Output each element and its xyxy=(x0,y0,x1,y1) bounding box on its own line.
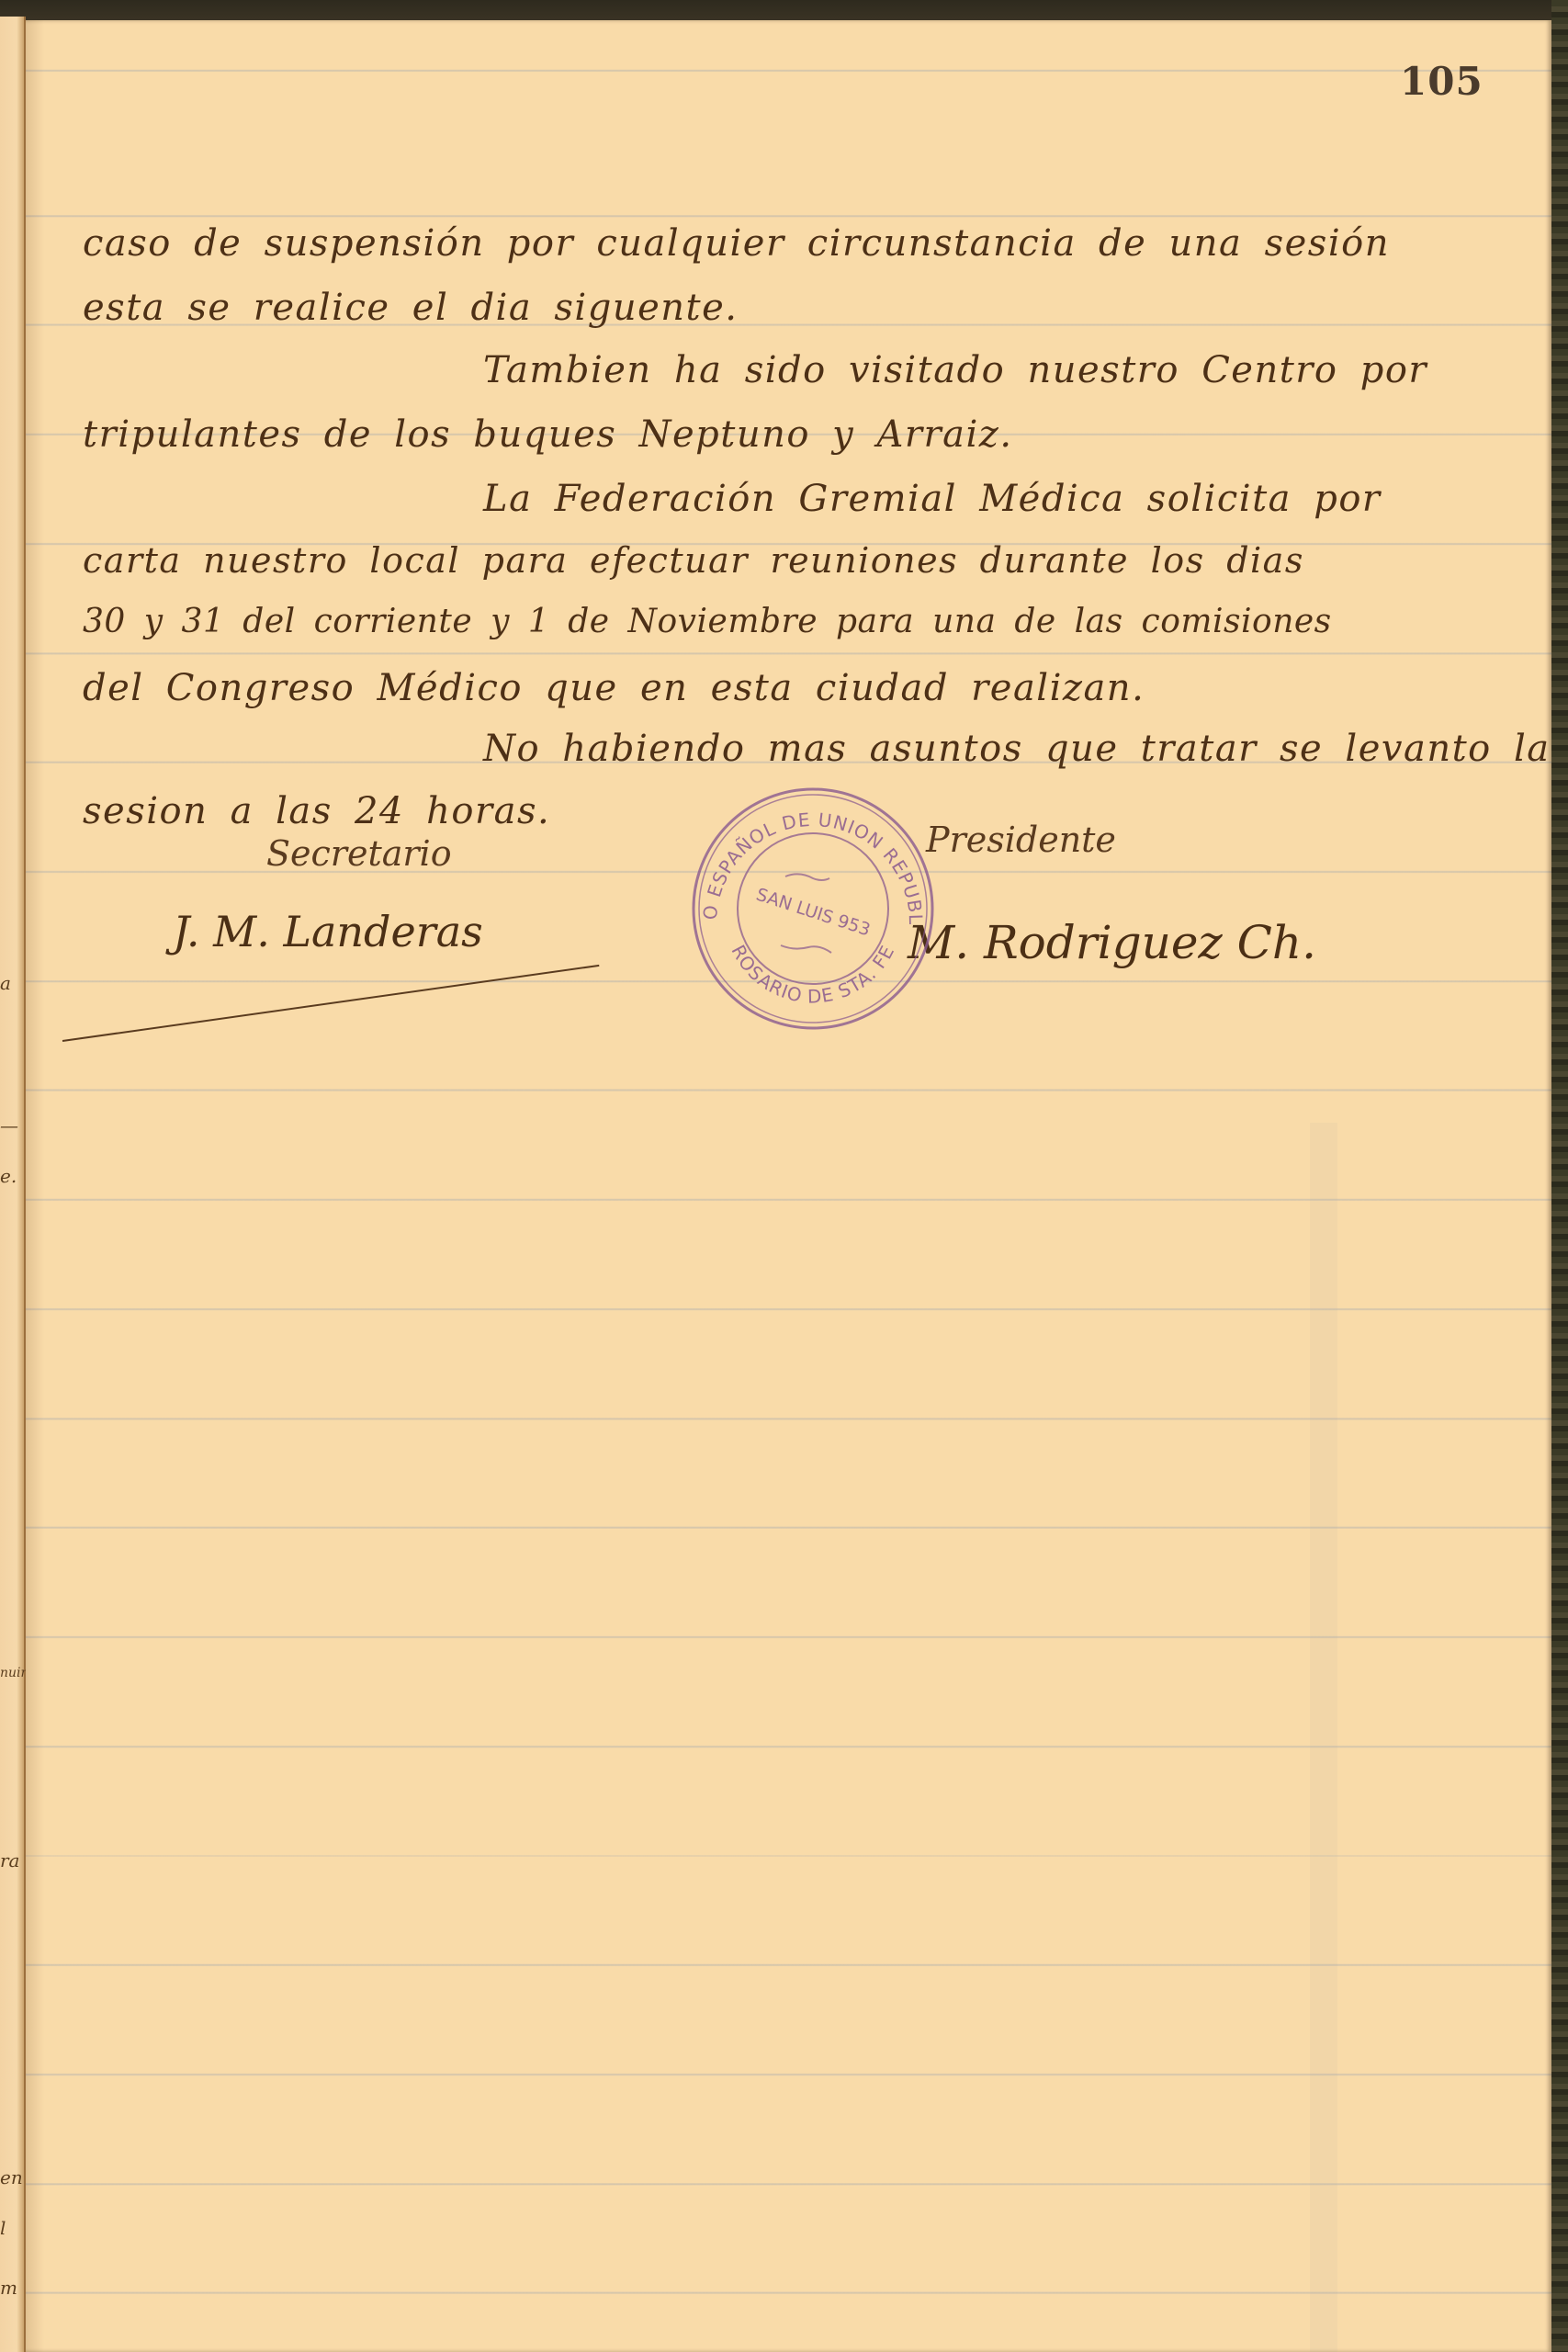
facing-page-edge: a — e. nuin. ra en l m xyxy=(0,17,26,2352)
margin-fragment: e. xyxy=(0,1165,17,1187)
text-line: tripulantes de los buques Neptuno y Arra… xyxy=(83,413,1013,456)
president-label: Presidente xyxy=(926,820,1116,860)
margin-fragment: m xyxy=(0,2277,17,2299)
page-number: 105 xyxy=(1400,59,1483,104)
signature-flourish xyxy=(62,965,600,1042)
text-line: Tambien ha sido visitado nuestro Centro … xyxy=(483,349,1427,391)
text-line: carta nuestro local para efectuar reunio… xyxy=(83,540,1304,581)
margin-fragment: l xyxy=(0,2217,6,2239)
president-signature: M. Rodriguez Ch. xyxy=(908,916,1316,969)
margin-fragment: en xyxy=(0,2166,23,2188)
text-line: 30 y 31 del corriente y 1 de Noviembre p… xyxy=(83,603,1332,640)
text-line: La Federación Gremial Médica solicita po… xyxy=(483,478,1382,520)
margin-fragment: a xyxy=(0,972,11,994)
text-line: caso de suspensión por cualquier circuns… xyxy=(83,222,1390,265)
book-cover-top xyxy=(0,0,1568,20)
text-line: esta se realice el dia siguente. xyxy=(83,287,739,329)
stamp-bottom-text: ROSARIO DE STA. FE xyxy=(727,941,898,1007)
organization-stamp: CENTRO ESPAÑOL DE UNION REPUBLICANA ROSA… xyxy=(689,785,937,1033)
text-line: sesion a las 24 horas. xyxy=(83,790,550,832)
ledger-page: 105 caso de suspensión por cualquier cir… xyxy=(26,20,1551,2352)
text-line: No habiendo mas asuntos que tratar se le… xyxy=(483,728,1551,770)
margin-fragment: — xyxy=(0,1114,18,1136)
facing-page-fragments: a — e. nuin. ra en l m xyxy=(0,17,24,2352)
book-cover-edge xyxy=(1551,0,1568,2352)
svg-text:ROSARIO DE STA. FE: ROSARIO DE STA. FE xyxy=(727,941,898,1007)
bleed-through-margin xyxy=(1310,1123,1337,2352)
margin-fragment: ra xyxy=(0,1849,19,1871)
stamp-inner-text: SAN LUIS 953 xyxy=(753,885,873,941)
secretary-signature: J. M. Landeras xyxy=(173,907,483,956)
text-line: del Congreso Médico que en esta ciudad r… xyxy=(83,667,1145,709)
secretary-label: Secretario xyxy=(266,833,452,874)
